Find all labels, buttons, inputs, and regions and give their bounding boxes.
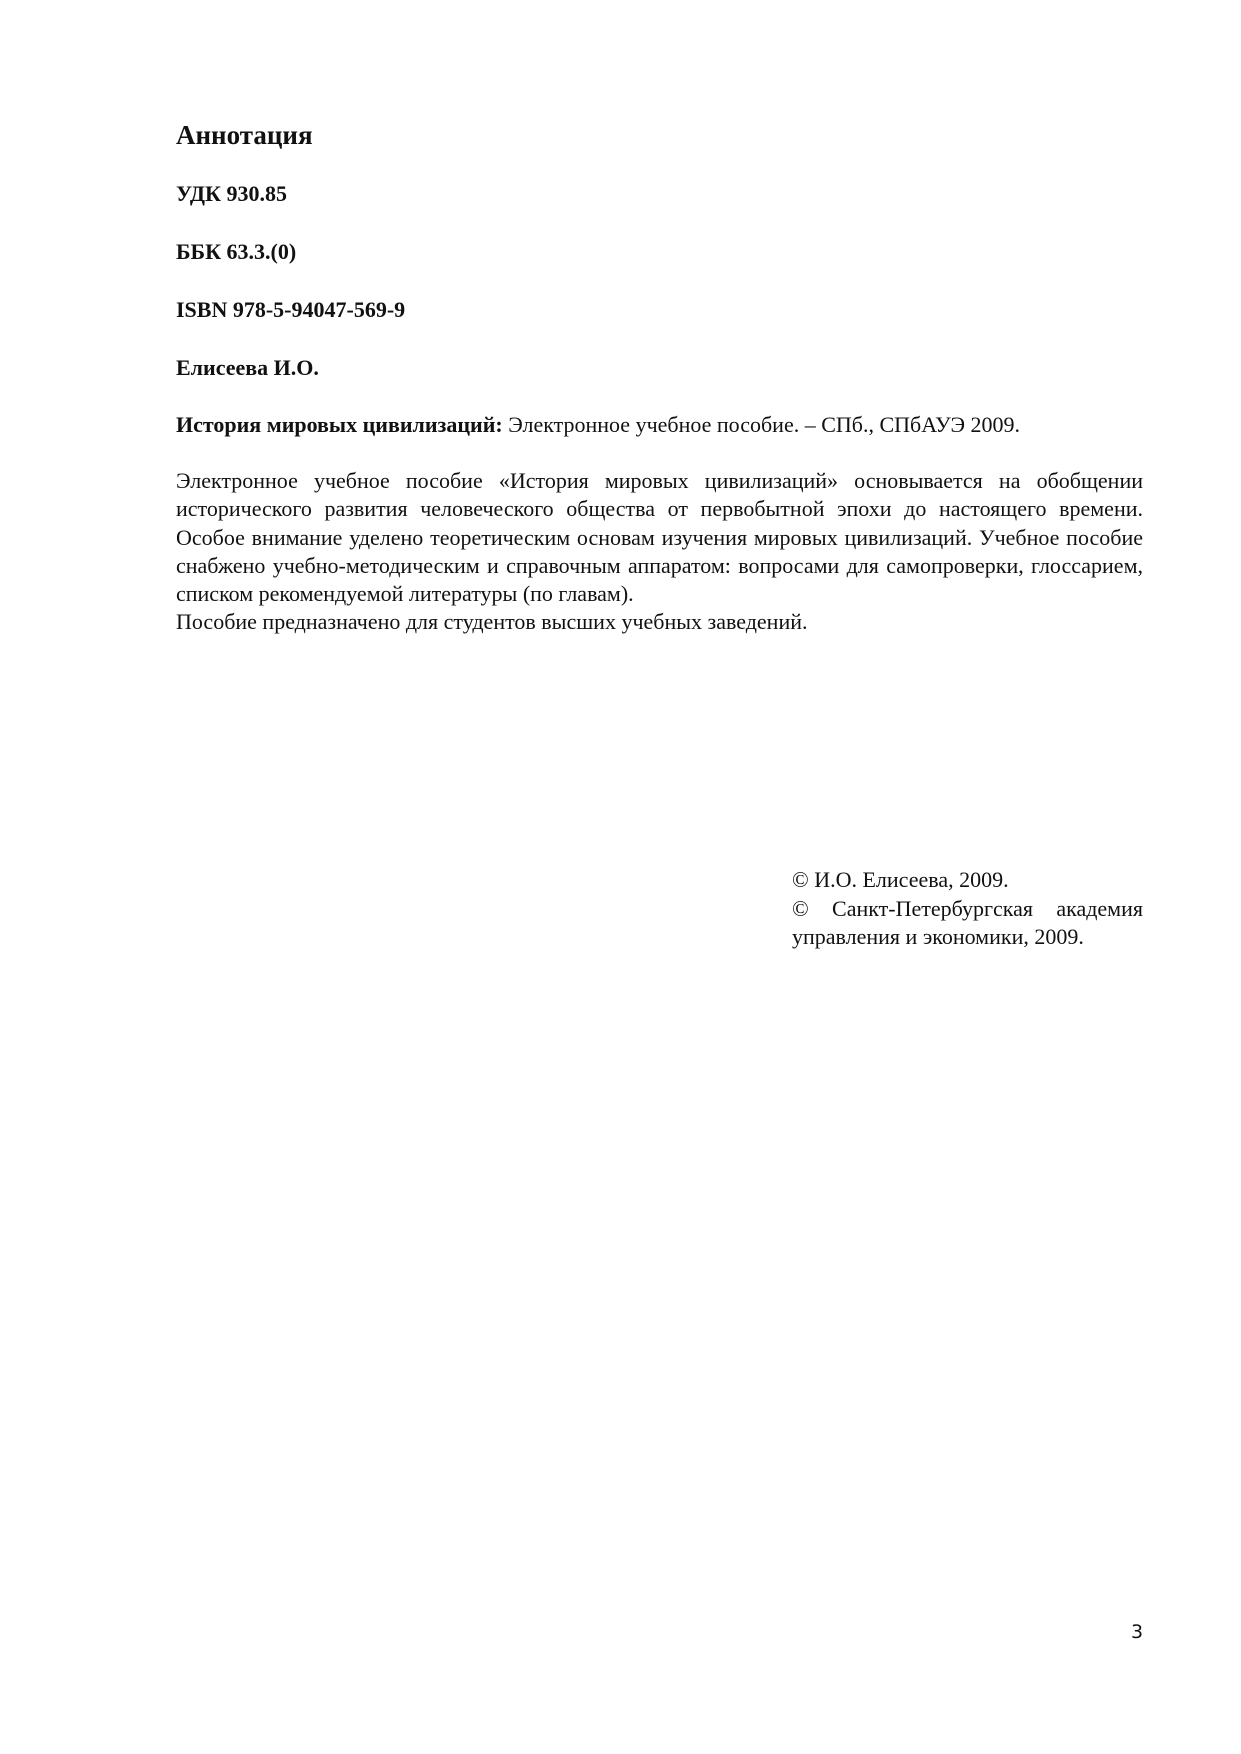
isbn-code: ISBN 978-5-94047-569-9 bbox=[176, 296, 1143, 324]
bbk-code: ББК 63.3.(0) bbox=[176, 238, 1143, 266]
abstract: Электронное учебное пособие «История мир… bbox=[176, 467, 1143, 637]
copyright-publisher: © Санкт-Петербургская академия управлени… bbox=[792, 895, 1143, 952]
page-number: 3 bbox=[1131, 1620, 1143, 1644]
author-name: Елисеева И.О. bbox=[176, 354, 1143, 382]
book-title: История мировых цивилизаций: bbox=[176, 412, 503, 437]
copyright-block: © И.О. Елисеева, 2009. © Санкт-Петербург… bbox=[792, 866, 1143, 952]
document-page: Аннотация УДК 930.85 ББК 63.3.(0) ISBN 9… bbox=[0, 0, 1241, 1754]
abstract-paragraph: Электронное учебное пособие «История мир… bbox=[176, 467, 1143, 608]
audience-paragraph: Пособие предназначено для студентов высш… bbox=[176, 608, 1143, 636]
book-description: Электронное учебное пособие. – СПб., СПб… bbox=[503, 412, 1020, 437]
page-title: Аннотация bbox=[176, 118, 1143, 152]
udk-code: УДК 930.85 bbox=[176, 180, 1143, 208]
copyright-author: © И.О. Елисеева, 2009. bbox=[792, 866, 1143, 895]
citation-line: История мировых цивилизаций: Электронное… bbox=[176, 411, 1143, 439]
